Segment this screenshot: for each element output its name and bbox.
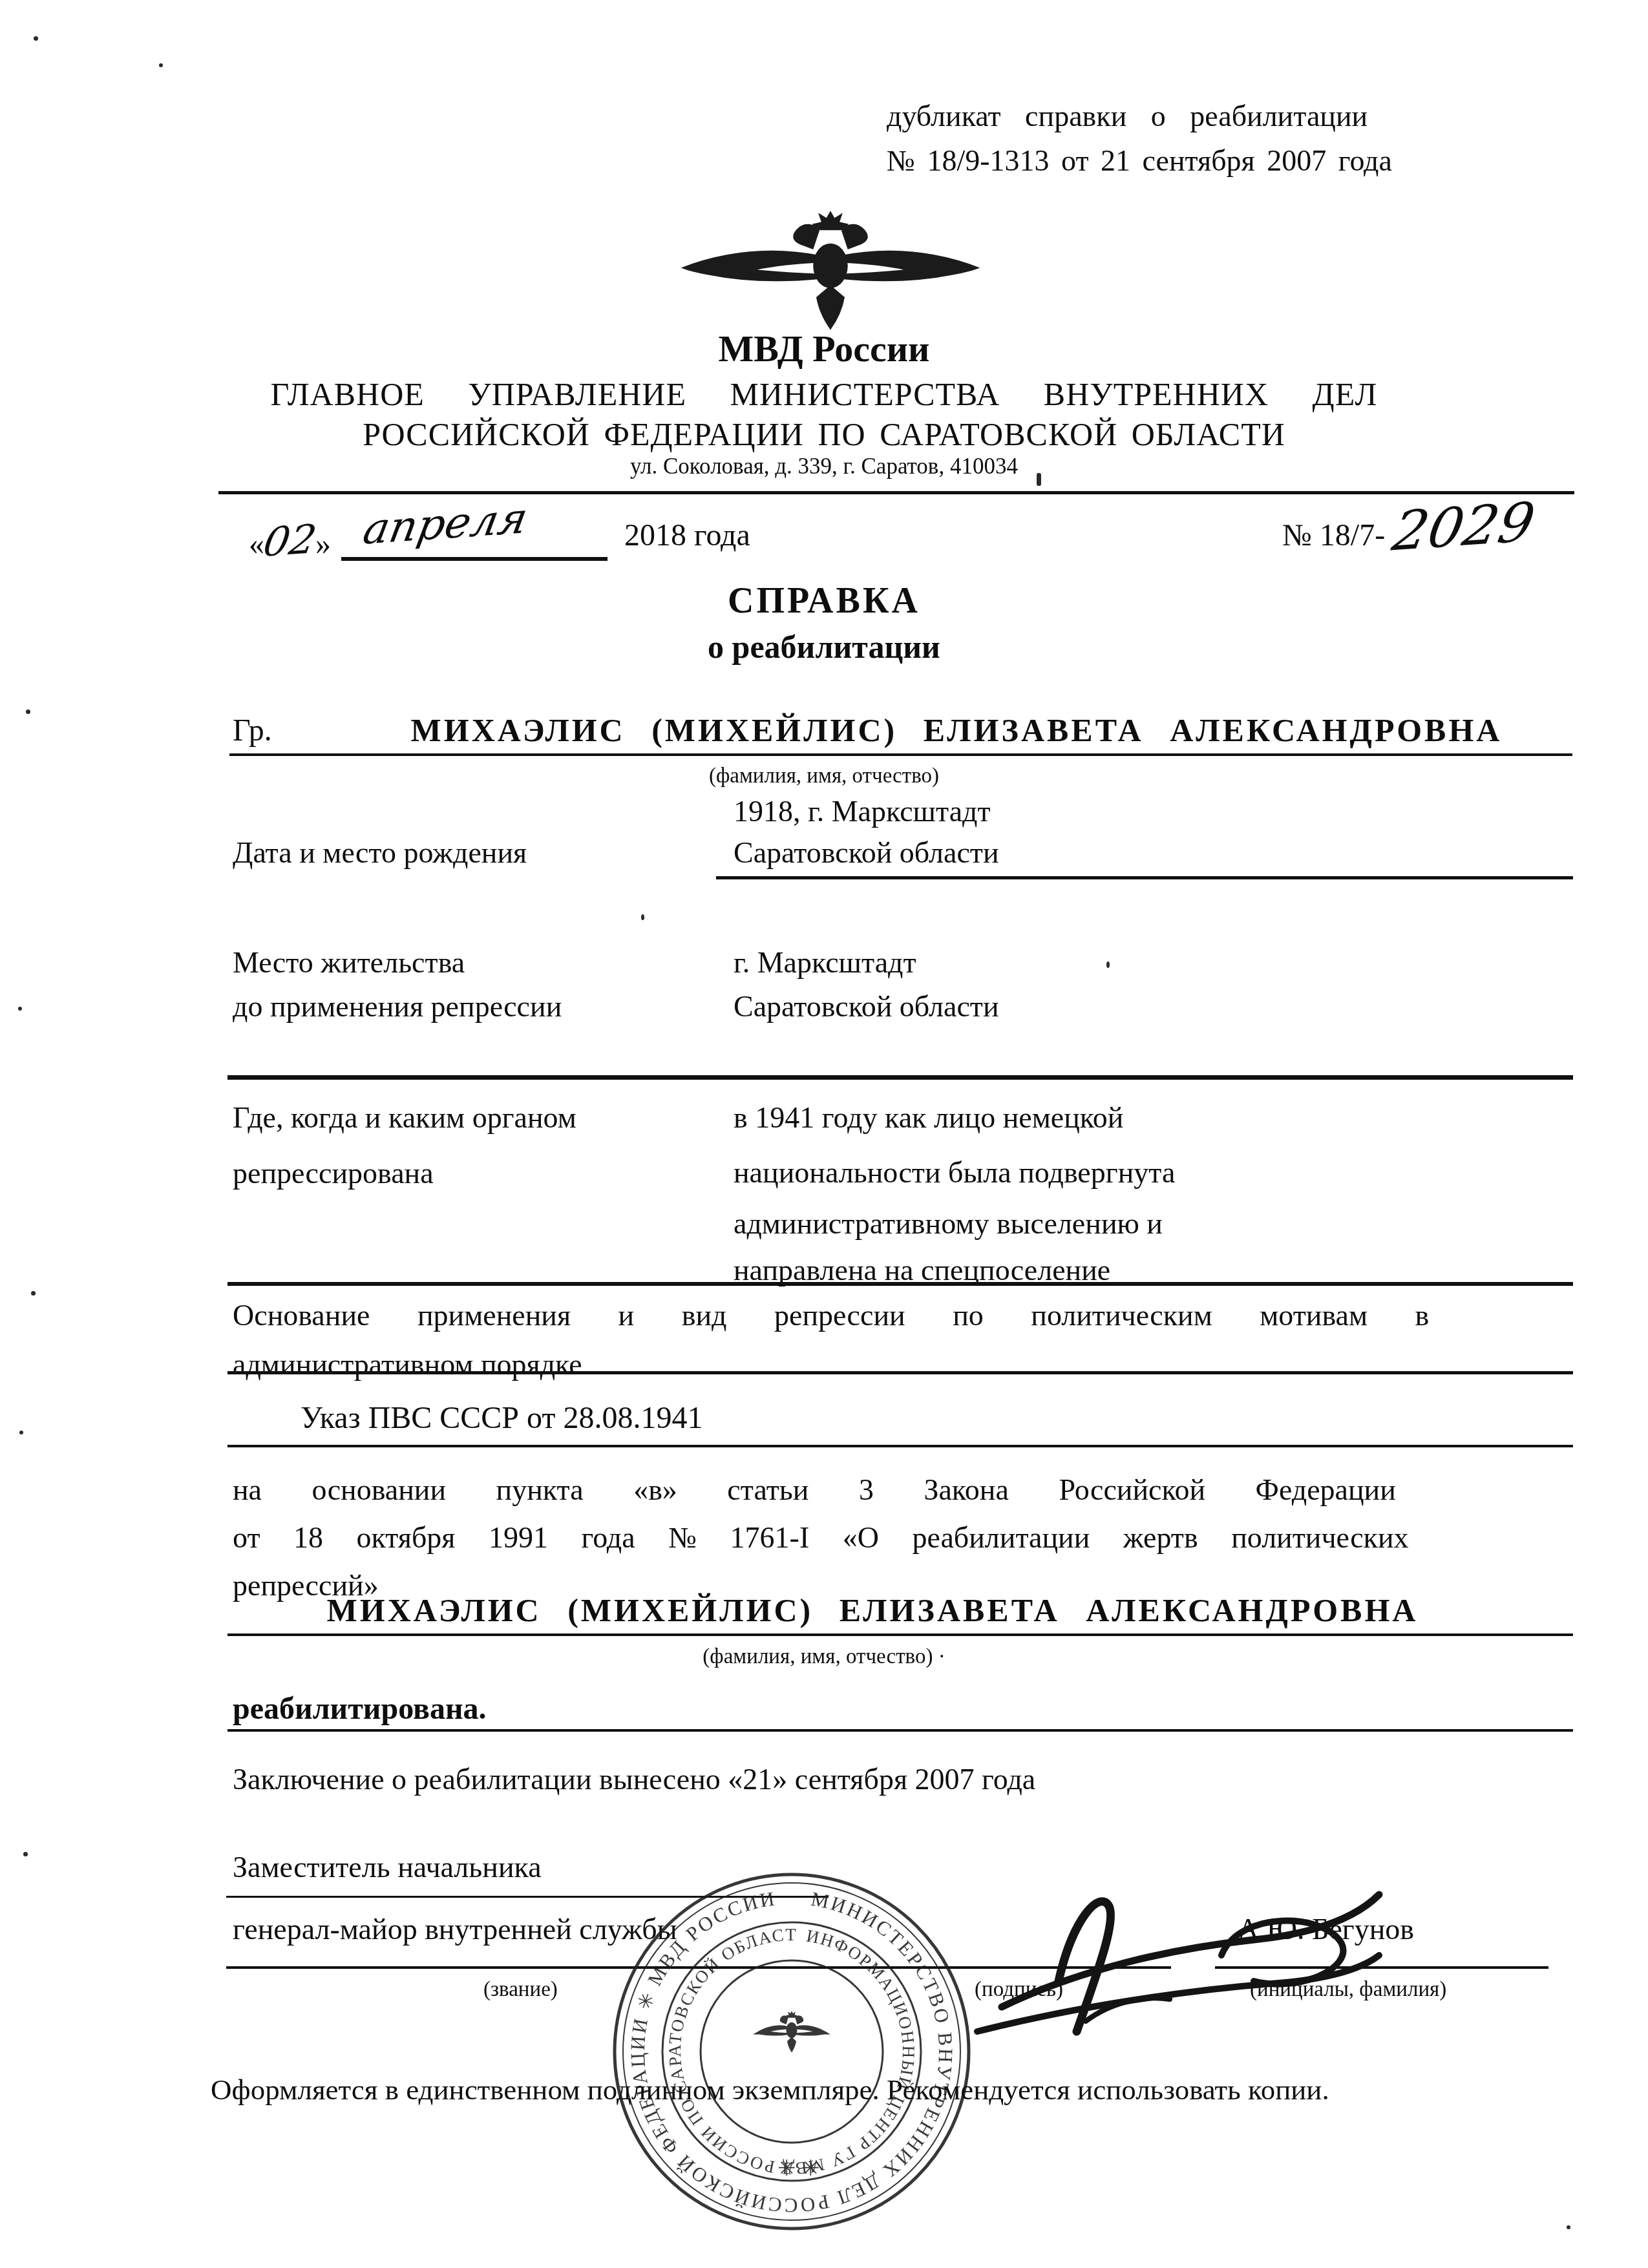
rehabilitated-name-caption: (фамилия, имя, отчество) · [0,1644,1648,1670]
scan-speck [1567,2225,1570,2229]
scan-speck [34,36,38,41]
signer-position-line1: Заместитель начальника [233,1849,542,1885]
section-rule [227,1282,1573,1286]
law-line1: на основании пункта «в» статьи 3 Закона … [233,1472,1396,1507]
document-number-prefix: № 18/7- [1282,517,1385,554]
rehabilitation-certificate-page: дубликат справки о реабилитации № 18/9-1… [0,0,1648,2268]
date-day-quotes: «02» [249,517,331,565]
footer-note: Оформляется в единственном подлинном экз… [211,2073,1329,2106]
rehabilitated-name-underline [227,1633,1573,1636]
duplicate-note: дубликат справки о реабилитации № 18/9-1… [887,98,1579,178]
citizen-name-caption: (фамилия, имя, отчество) [0,764,1648,790]
scan-speck [18,1007,22,1011]
agency-name-line1: ГЛАВНОЕ УПРАВЛЕНИЕ МИНИСТЕРСТВА ВНУТРЕНН… [155,375,1493,414]
birth-underline [716,876,1573,879]
agency-address: ул. Соколовая, д. 339, г. Саратов, 41003… [0,454,1648,479]
scan-speck [641,914,644,920]
section-rule [227,1445,1573,1447]
scan-speck [23,1852,28,1856]
handwritten-signature-icon [808,1873,1389,2041]
law-line2: от 18 октября 1991 года № 1761-I «О реаб… [233,1520,1409,1555]
birth-label: Дата и место рождения [233,835,527,870]
residence-value-line2: Саратовской области [734,989,999,1024]
verdict-underline [227,1729,1573,1732]
residence-label-line1: Место жительства [233,945,465,980]
duplicate-note-line2: № 18/9-1313 от 21 сентября 2007 года [887,143,1579,178]
section-rule [227,1075,1573,1080]
repression-value-line2: национальности была подвергнута [734,1155,1175,1190]
scan-speck [1037,473,1041,486]
document-subtitle: о реабилитации [0,628,1648,666]
date-underline [341,557,607,561]
agency-short-title: МВД России [0,327,1648,370]
repression-label-line1: Где, когда и каким органом [233,1100,576,1135]
header-divider-rule [218,491,1574,494]
citizen-name: МИХАЭЛИС (МИХЕЙЛИС) ЕЛИЗАВЕТА АЛЕКСАНДРО… [362,711,1551,750]
birth-value-line2: Саратовской области [734,835,999,870]
residence-label-line2: до применения репрессии [233,989,562,1024]
scan-speck [31,1291,36,1296]
date-year: 2018 года [624,517,750,554]
handwritten-month: апреля [359,493,531,554]
repression-label-line2: репрессирована [233,1155,434,1191]
scan-speck [26,709,30,714]
stamp-marks: ✳ ✳ [777,2157,819,2181]
scan-speck [159,63,163,67]
decree-text: Указ ПВС СССР от 28.08.1941 [301,1400,703,1437]
close-quote: » [315,527,331,562]
birth-value-line1: 1918, г. Марксштадт [734,793,991,829]
document-title: СПРАВКА [0,580,1648,622]
repression-value-line3: административному выселению и [734,1206,1163,1241]
handwritten-document-number: 2029 [1388,490,1540,563]
scan-speck [1106,961,1110,968]
handwritten-day: 02 [260,515,320,567]
grounds-line2: административном порядке [233,1347,582,1382]
residence-value-line1: г. Марксштадт [734,945,916,980]
agency-name-line2: РОССИЙСКОЙ ФЕДЕРАЦИИ ПО САРАТОВСКОЙ ОБЛА… [155,415,1493,454]
grounds-line1: Основание применения и вид репрессии по … [233,1297,1429,1333]
verdict-text: реабилитирована. [233,1690,487,1728]
caption-rank: (звание) [483,1977,558,2003]
mvd-double-headed-eagle-icon [677,207,984,331]
section-rule [227,1371,1573,1374]
citizen-prefix: Гр. [233,712,272,750]
duplicate-note-line1: дубликат справки о реабилитации [887,98,1579,134]
citizen-name-underline [229,753,1572,756]
rehabilitated-name: МИХАЭЛИС (МИХЕЙЛИС) ЕЛИЗАВЕТА АЛЕКСАНДРО… [229,1591,1516,1630]
conclusion-text: Заключение о реабилитации вынесено «21» … [233,1761,1035,1797]
scan-speck [19,1431,23,1434]
repression-value-line1: в 1941 году как лицо немецкой [734,1100,1123,1135]
